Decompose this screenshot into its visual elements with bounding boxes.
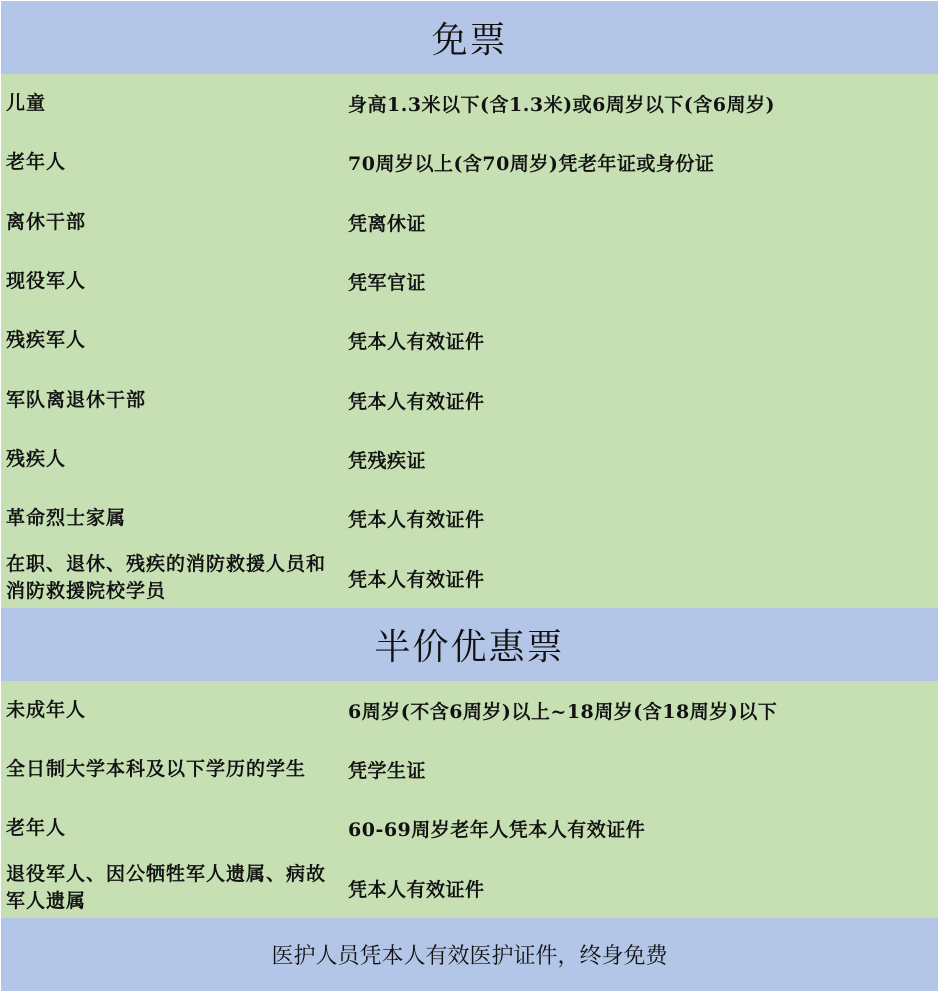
requirement-cell: 凭本人有效证件 — [343, 327, 938, 354]
table-row: 革命烈士家属 凭本人有效证件 — [1, 489, 938, 548]
table-row: 残疾人 凭残疾证 — [1, 430, 938, 489]
footer-note: 医护人员凭本人有效医护证件，终身免费 — [1, 918, 938, 991]
category-cell: 残疾人 — [1, 446, 343, 473]
ticket-policy-table: 免票 儿童 身高1.3米以下(含1.3米)或6周岁以下(含6周岁) 老年人 70… — [1, 1, 938, 1007]
requirement-cell: 6周岁(不含6周岁)以上~18周岁(含18周岁)以下 — [343, 697, 938, 724]
category-cell: 军队离退休干部 — [1, 387, 343, 414]
requirement-cell: 凭本人有效证件 — [343, 387, 938, 414]
requirement-cell: 凭学生证 — [343, 756, 938, 783]
requirement-cell: 凭军官证 — [343, 268, 938, 295]
table-row: 军队离退休干部 凭本人有效证件 — [1, 370, 938, 429]
requirement-cell: 凭离休证 — [343, 209, 938, 236]
category-cell: 现役军人 — [1, 268, 343, 295]
requirement-cell: 60-69周岁老年人凭本人有效证件 — [343, 815, 938, 842]
section-header-half-price: 半价优惠票 — [1, 608, 938, 681]
table-row: 全日制大学本科及以下学历的学生 凭学生证 — [1, 740, 938, 799]
category-cell: 革命烈士家属 — [1, 505, 343, 532]
requirement-cell: 凭本人有效证件 — [343, 565, 938, 592]
requirement-cell: 凭残疾证 — [343, 446, 938, 473]
requirement-cell: 70周岁以上(含70周岁)凭老年证或身份证 — [343, 149, 938, 176]
table-row: 退役军人、因公牺牲军人遗属、病故军人遗属 凭本人有效证件 — [1, 859, 938, 918]
requirement-cell: 身高1.3米以下(含1.3米)或6周岁以下(含6周岁) — [343, 90, 938, 117]
category-cell: 离休干部 — [1, 209, 343, 236]
table-row: 未成年人 6周岁(不含6周岁)以上~18周岁(含18周岁)以下 — [1, 681, 938, 740]
category-cell: 全日制大学本科及以下学历的学生 — [1, 756, 343, 783]
category-cell: 儿童 — [1, 90, 343, 117]
category-cell: 老年人 — [1, 815, 343, 842]
table-row: 现役军人 凭军官证 — [1, 252, 938, 311]
table-row: 残疾军人 凭本人有效证件 — [1, 311, 938, 370]
category-cell: 在职、退休、残疾的消防救援人员和消防救援院校学员 — [1, 551, 343, 605]
table-row: 儿童 身高1.3米以下(含1.3米)或6周岁以下(含6周岁) — [1, 74, 938, 133]
category-cell: 未成年人 — [1, 697, 343, 724]
requirement-cell: 凭本人有效证件 — [343, 875, 938, 902]
category-cell: 退役军人、因公牺牲军人遗属、病故军人遗属 — [1, 861, 343, 915]
table-row: 老年人 60-69周岁老年人凭本人有效证件 — [1, 799, 938, 858]
requirement-cell: 凭本人有效证件 — [343, 505, 938, 532]
table-row: 离休干部 凭离休证 — [1, 193, 938, 252]
category-cell: 残疾军人 — [1, 327, 343, 354]
section-header-free: 免票 — [1, 1, 938, 74]
category-cell: 老年人 — [1, 149, 343, 176]
table-row: 在职、退休、残疾的消防救援人员和消防救援院校学员 凭本人有效证件 — [1, 548, 938, 607]
table-row: 老年人 70周岁以上(含70周岁)凭老年证或身份证 — [1, 133, 938, 192]
